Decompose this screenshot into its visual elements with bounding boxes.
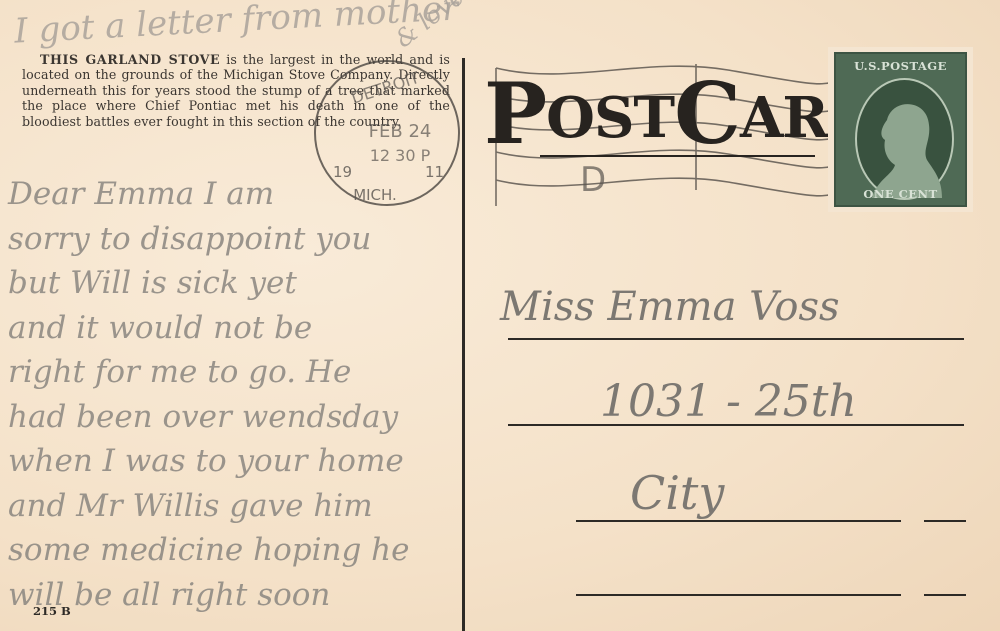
message-line: and Mr Willis gave him: [8, 484, 458, 529]
message-line: some medicine hoping he: [8, 528, 458, 573]
message-line: will be all right soon: [8, 573, 458, 618]
center-divider: [462, 58, 465, 631]
message-line: but Will is sick yet: [8, 261, 458, 306]
caption-lead: THIS GARLAND STOVE: [40, 52, 220, 67]
svg-text:DETROIT: DETROIT: [349, 68, 422, 108]
publisher-code: 215 B: [33, 604, 71, 618]
handwritten-message: Dear Emma I am sorry to disappoint you b…: [8, 172, 458, 617]
svg-text:12 30 P: 12 30 P: [370, 146, 431, 165]
message-line: and it would not be: [8, 306, 458, 351]
address-line-4-dash: [924, 594, 966, 596]
message-line: right for me to go. He: [8, 350, 458, 395]
address-street: 1031 - 25th: [600, 376, 857, 427]
address-name: Miss Emma Voss: [500, 284, 840, 330]
address-line-1: [508, 338, 964, 340]
svg-text:D: D: [580, 160, 606, 200]
message-line: had been over wendsday: [8, 395, 458, 440]
stamp-bottom-label: ONE CENT: [836, 187, 965, 201]
address-line-3-dash: [924, 520, 966, 522]
title-underline: [540, 155, 815, 157]
message-line: Dear Emma I am: [8, 172, 458, 217]
postcard-title: POSTCARD: [484, 72, 876, 156]
message-line: when I was to your home: [8, 439, 458, 484]
handwritten-top-note: I got a letter from mother: [13, 0, 459, 52]
message-line: sorry to disappoint you: [8, 217, 458, 262]
address-line-3: [576, 520, 901, 522]
postcard-back: I got a letter from mother & love THIS G…: [0, 0, 1000, 631]
address-line-4: [576, 594, 901, 596]
franklin-portrait-icon: [855, 78, 954, 200]
stamp-top-label: U.S.POSTAGE: [836, 59, 965, 73]
svg-text:FEB 24: FEB 24: [369, 121, 432, 142]
address-city: City: [630, 466, 724, 520]
postage-stamp: U.S.POSTAGE ONE CENT: [828, 47, 973, 212]
